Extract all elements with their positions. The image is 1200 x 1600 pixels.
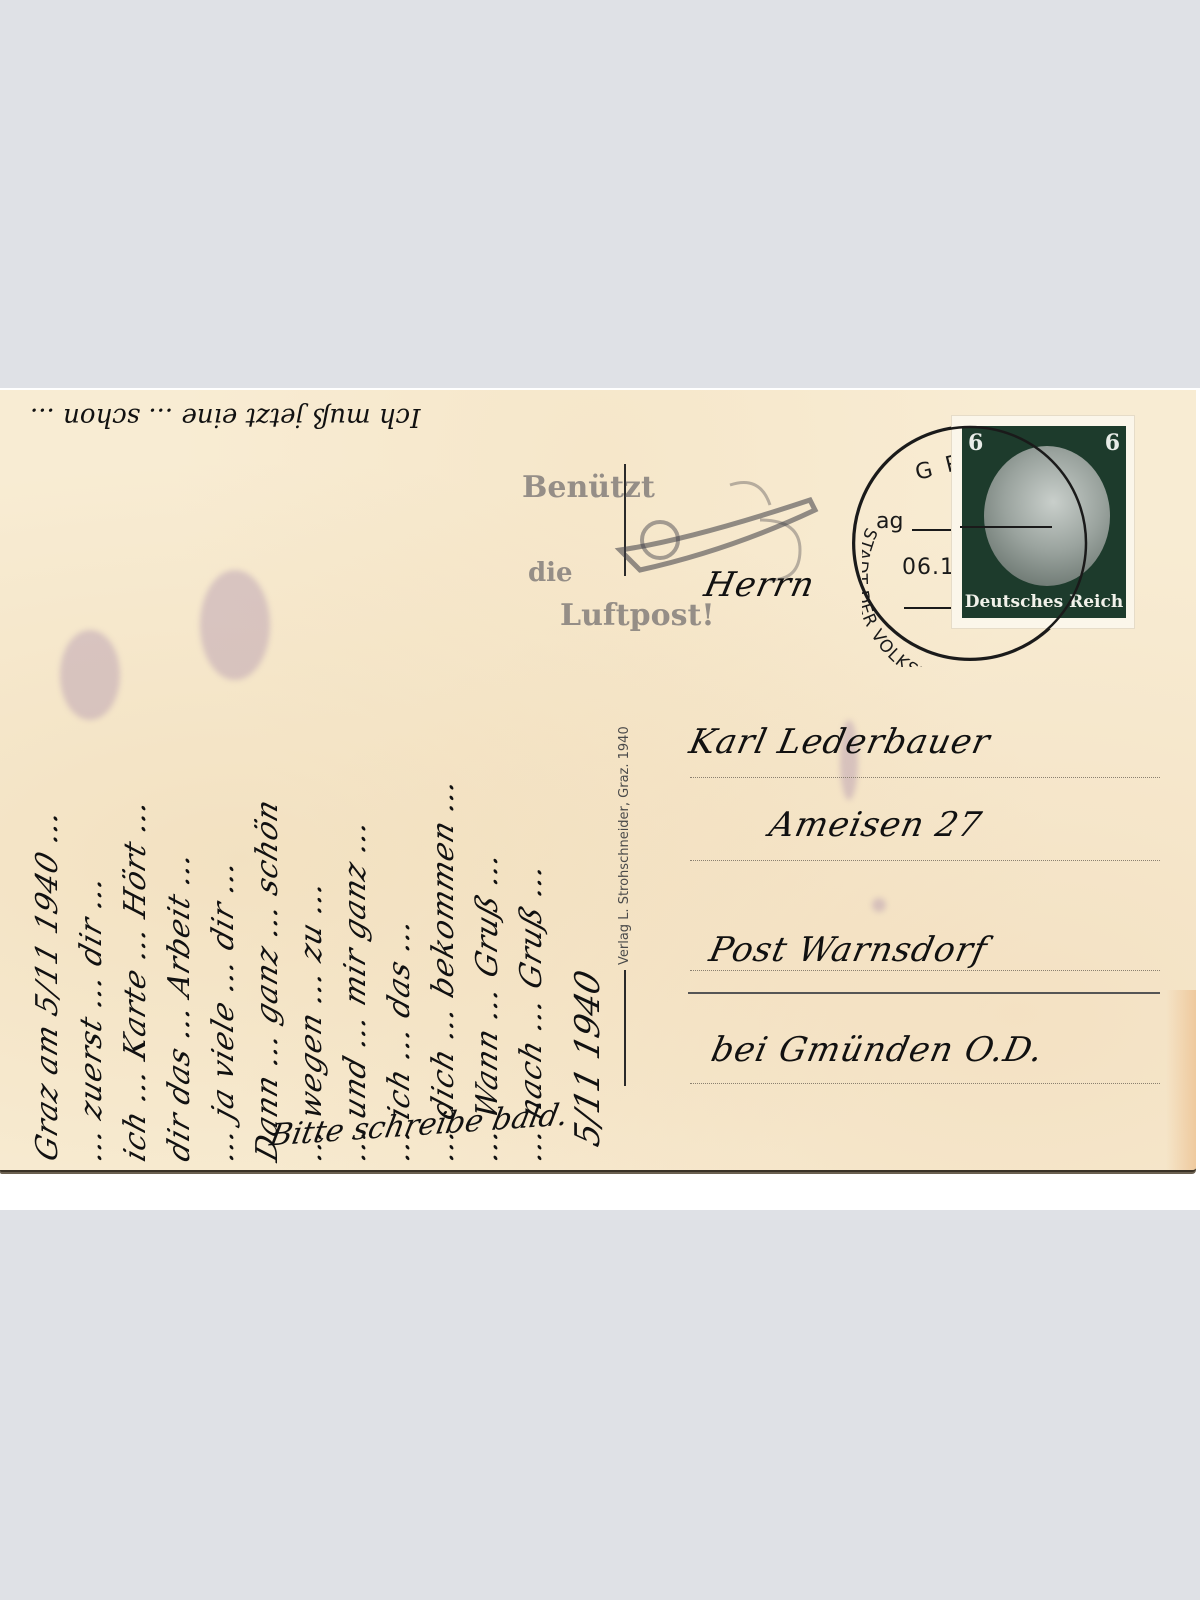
address-rule <box>690 860 1160 861</box>
message-line: ich ... Karte ... Hört ... <box>118 794 153 1166</box>
ink-stain <box>872 898 886 912</box>
address-line-2: Ameisen 27 <box>766 805 986 845</box>
message-line: dir das ... Arbeit ... <box>162 847 197 1166</box>
divider-line-bottom <box>624 970 626 1086</box>
address-salutation: Herrn <box>701 565 819 605</box>
address-rule <box>690 777 1160 778</box>
message-line: ... zuerst ... dir ... <box>74 871 109 1166</box>
address-line-3: Post Warnsdorf <box>706 930 991 970</box>
handwritten-message: Graz am 5/11 1940 ... ... zuerst ... dir… <box>30 400 590 1160</box>
address-rule <box>690 970 1160 971</box>
message-line: ... ja viele ... dir ... <box>206 855 241 1166</box>
message-date: 5/11 1940 <box>568 966 608 1150</box>
publisher-text: Verlag L. Strohschneider, Graz. 1940 <box>617 726 632 965</box>
address-rule <box>690 1083 1160 1084</box>
message-line: Graz am 5/11 1940 ... <box>30 805 65 1166</box>
slogan-line-3: Luftpost! <box>560 598 715 633</box>
paper-tear <box>1166 990 1196 1170</box>
postmark-overlay <box>852 425 1088 661</box>
address-rule-solid <box>688 992 1160 994</box>
address-line-4: bei Gmünden O.D. <box>708 1030 1047 1070</box>
message-line: Dann ... ganz ... schön <box>250 794 285 1165</box>
address-line-1: Karl Lederbauer <box>686 722 994 762</box>
stamp-value: 6 <box>1105 430 1120 456</box>
slogan-line-2: die <box>528 558 573 588</box>
